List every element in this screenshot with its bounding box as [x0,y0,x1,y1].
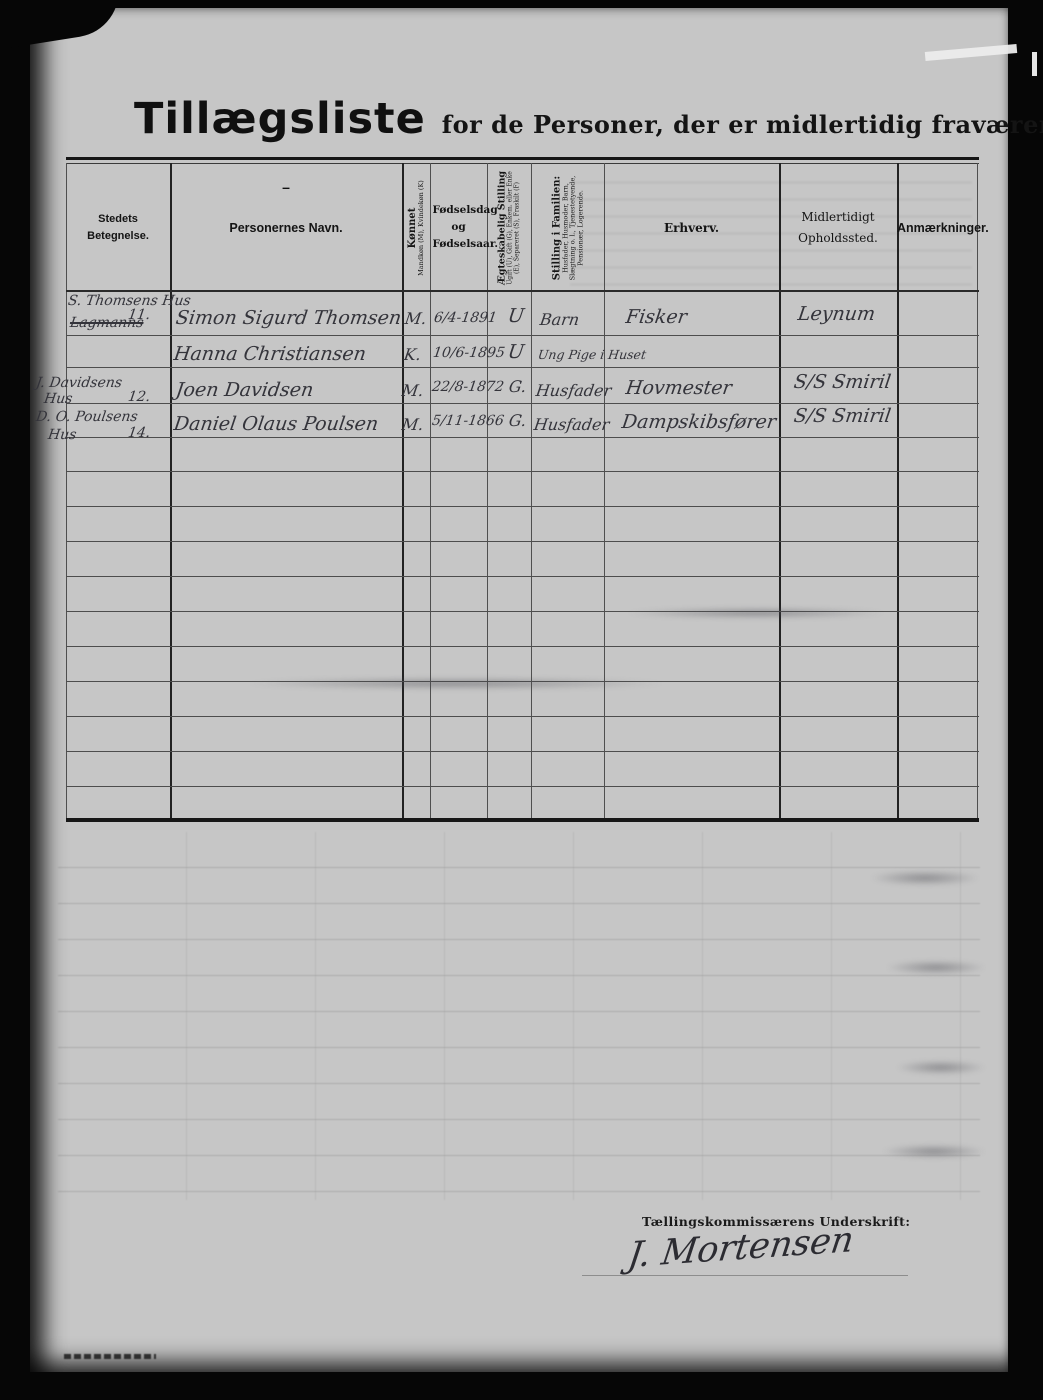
printer-mark [64,1354,156,1359]
row3-sex: M. [401,381,425,400]
header-occupation-label: Erhverv. [604,221,779,235]
row4-sex: M. [401,415,425,434]
row2-name: Hanna Christiansen [172,343,367,365]
row1-family-position: Barn [539,310,581,329]
row-rule [66,335,979,336]
page-title: Tillægsliste for de Personer, der er mid… [134,94,1043,144]
row-rule [66,403,979,404]
row4-family-position: Husfader [533,415,611,434]
bleed-through-smudge [626,607,886,619]
page-title-subtitle: for de Personer, der er midlertidig frav… [442,110,1043,139]
empty-row-rules [66,437,979,818]
row4-birthdate: 5/11-1866 [431,413,505,429]
header-cell-marital: Ægteskabelig Stilling Ugift (U), Gift (G… [487,165,531,290]
bleed-through-smudge [870,870,980,886]
header-cell-remarks: Anmærkninger. [897,165,978,290]
table-top-rule-thin [66,163,979,164]
header-marital-sublabel: Ugift (U), Gift (G), Enkem. eller Enke (… [508,166,522,290]
table-bottom-rule [66,818,979,822]
header-name-label: Personernes Navn. [170,221,402,235]
page-title-main: Tillægsliste [134,94,426,144]
scanned-census-page: Tillægsliste for de Personer, der er mid… [30,8,1008,1372]
bleed-through-smudge [886,960,986,975]
row1-birthdate: 6/4-1891 [433,310,498,326]
header-cell-occupation: Erhverv. [604,165,779,290]
header-family-sublabel: Husfader, Husmoder, Barn, Slægtning o. l… [562,166,584,290]
page-edge-mark [1032,52,1037,76]
row-rule [66,367,979,368]
row4-name: Daniel Olaus Poulsen [172,413,379,435]
header-cell-sex: Kønnet Mandkøn (M), Kvindekøn (K) [402,165,430,290]
bleed-through-smudge [882,1144,986,1159]
row4-place-number: 14. [127,425,152,441]
row2-birthdate: 10/6-1895 [432,345,506,361]
row3-birthdate: 22/8-1872 [431,379,505,395]
row4-occupation: Dampskibsfører [620,411,777,433]
bleed-through-lower [58,832,980,1200]
row3-occupation: Hovmester [624,377,733,399]
row1-name: Simon Sigurd Thomsen [174,307,402,329]
header-cell-name: – Personernes Navn. [170,165,402,290]
signature-line [582,1275,908,1276]
header-location-label: Midlertidigt Opholdssted. [795,207,881,248]
scan-corner-shadow [0,0,125,50]
header-bottom-rule [66,290,979,292]
table-top-rule [66,157,979,160]
row3-name: Joen Davidsen [174,379,314,401]
header-remarks-label: Anmærkninger. [897,221,978,235]
header-place-label: Stedets Betegnelse. [83,211,153,244]
header-family-label: Stilling i Familien: [551,166,562,290]
header-cell-place: Stedets Betegnelse. [66,165,170,290]
header-cell-birth: Fødselsdag og Fødselsaar. [430,165,487,290]
bleed-through-smudge [896,1060,986,1075]
row3-place-line2: Hus [43,391,74,407]
row3-temporary-location: S/S Smiril [792,371,892,393]
census-table: Stedets Betegnelse. – Personernes Navn. … [66,157,979,823]
row2-marital-status: U [506,341,525,363]
header-cell-location: Midlertidigt Opholdssted. [779,165,897,290]
row4-temporary-location: S/S Smiril [792,405,892,427]
row1-marital-status: U [506,305,525,327]
header-sex-sublabel: Mandkøn (M), Kvindekøn (K) [418,166,425,290]
row3-place-line1: J. Davidsens [35,375,123,391]
row4-place-line1: D. O. Poulsens [35,409,139,425]
bleed-through-smudge [246,677,666,690]
row3-family-position: Husfader [535,381,613,400]
header-birth-label: Fødselsdag og Fødselsaar. [433,202,485,252]
row1-occupation: Fisker [624,306,688,328]
row4-place-line2: Hus [47,427,78,443]
row3-place-number: 12. [127,389,152,405]
row1-sex: M. [404,309,428,328]
row2-family-position: Ung Pige i Huset [537,347,647,362]
row4-marital-status: G. [508,411,528,430]
header-name-dash: – [170,179,402,195]
row1-temporary-location: Leynum [796,303,876,325]
row2-sex: K. [403,345,423,364]
row1-place-struck-text: Lagmanns [69,315,145,331]
header-cell-family: Stilling i Familien: Husfader, Husmoder,… [531,165,604,290]
row3-marital-status: G. [508,377,528,396]
